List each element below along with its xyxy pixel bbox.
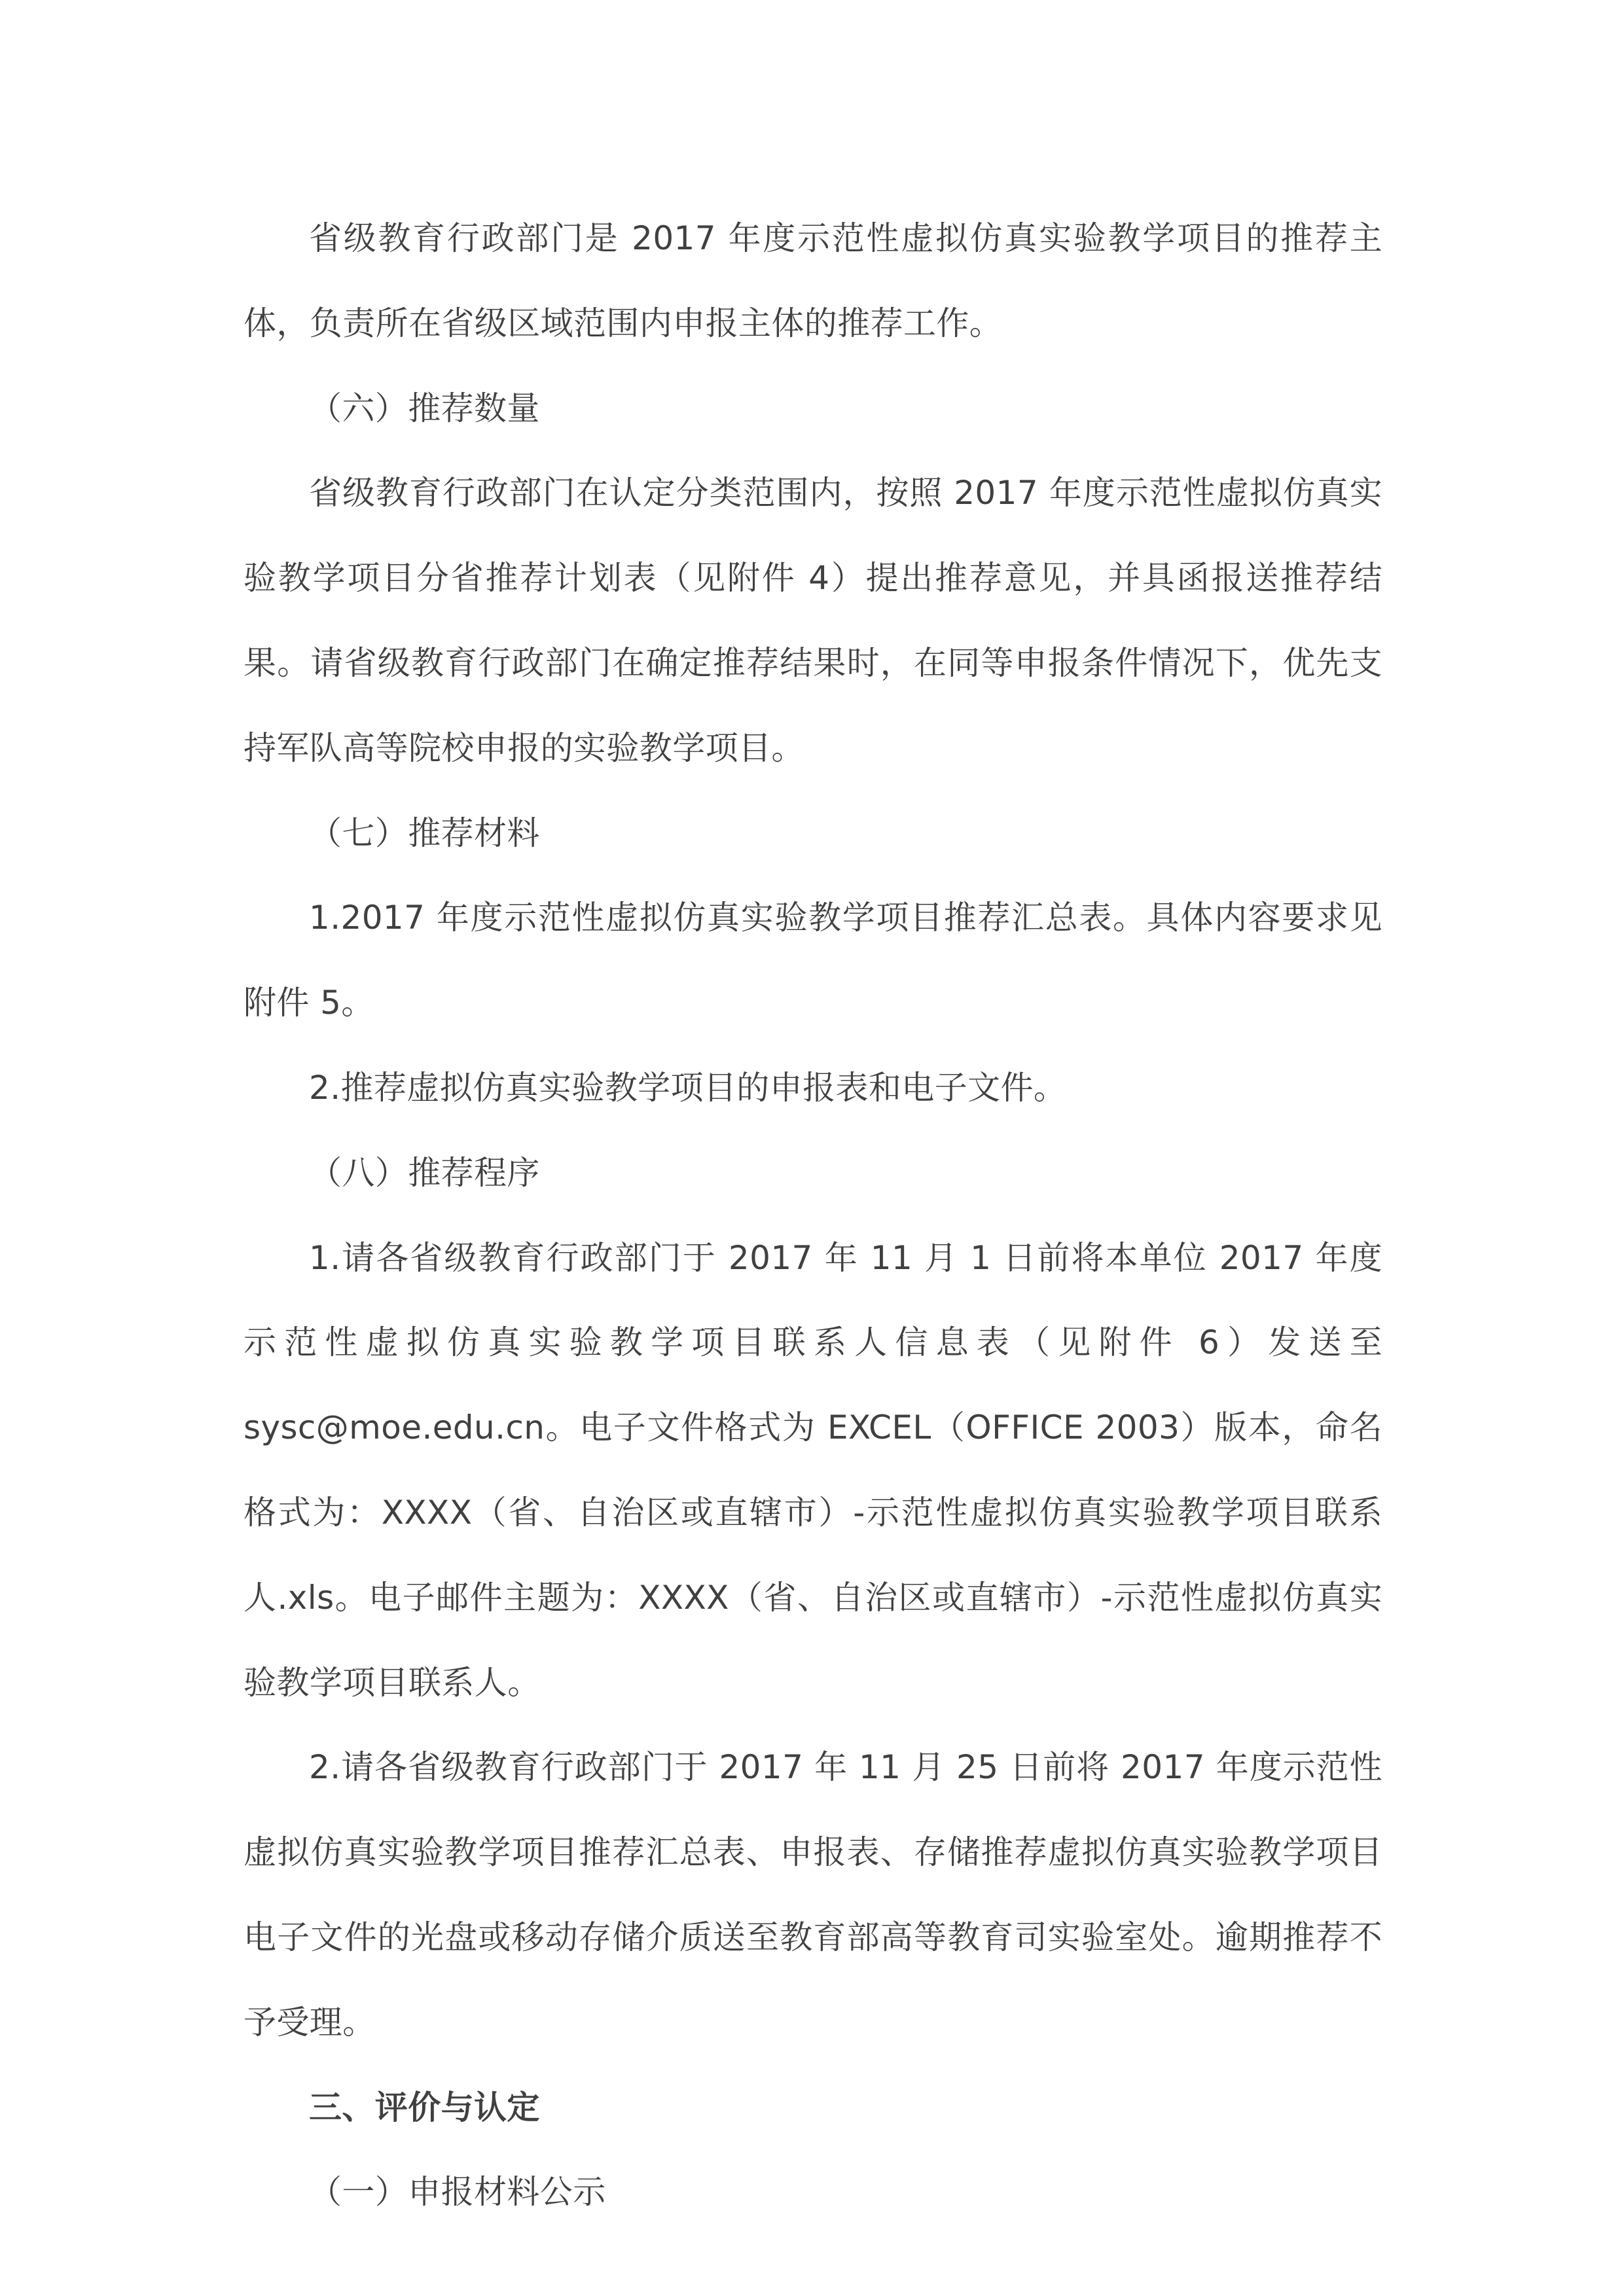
- paragraph-procedure-item-1: 1.请各省级教育行政部门于 2017 年 11 月 1 日前将本单位 2017 …: [244, 1216, 1382, 1726]
- paragraph-procedure-item-2: 2.请各省级教育行政部门于 2017 年 11 月 25 日前将 2017 年度…: [244, 1725, 1382, 2065]
- subheading-materials-publicity: （一）申报材料公示: [244, 2150, 1382, 2235]
- document-page: 省级教育行政部门是 2017 年度示范性虚拟仿真实验教学项目的推荐主体，负责所在…: [244, 196, 1382, 2235]
- subheading-recommend-materials: （七）推荐材料: [244, 791, 1382, 876]
- section-heading-evaluation: 三、评价与认定: [244, 2066, 1382, 2151]
- paragraph-recommend-subject: 省级教育行政部门是 2017 年度示范性虚拟仿真实验教学项目的推荐主体，负责所在…: [244, 196, 1382, 367]
- subheading-recommend-procedure: （八）推荐程序: [244, 1131, 1382, 1216]
- subheading-recommend-quantity: （六）推荐数量: [244, 367, 1382, 452]
- paragraph-materials-item-2: 2.推荐虚拟仿真实验教学项目的申报表和电子文件。: [244, 1046, 1382, 1131]
- paragraph-recommend-quantity: 省级教育行政部门在认定分类范围内，按照 2017 年度示范性虚拟仿真实验教学项目…: [244, 451, 1382, 791]
- paragraph-materials-item-1: 1.2017 年度示范性虚拟仿真实验教学项目推荐汇总表。具体内容要求见附件 5。: [244, 876, 1382, 1046]
